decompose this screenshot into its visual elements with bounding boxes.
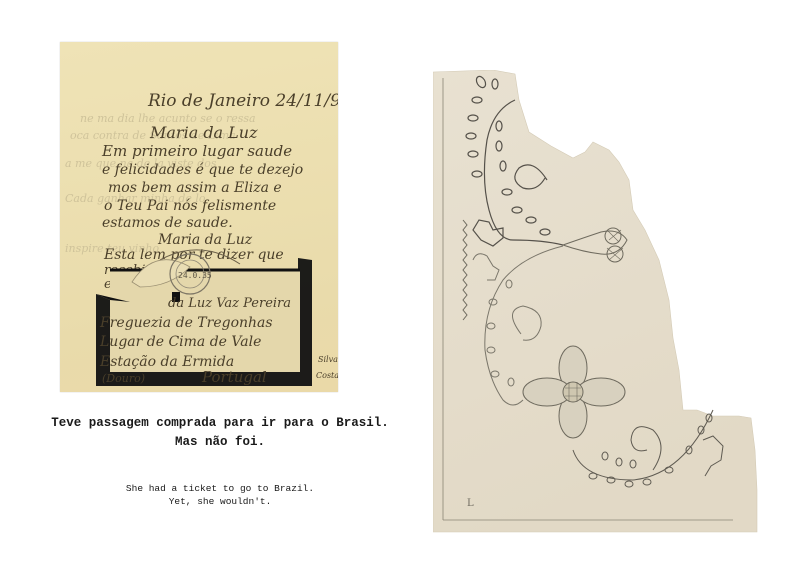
- envelope-address-line: Freguezia de Tregonhas: [99, 315, 273, 331]
- letter-line: Em primeiro lugar saude: [101, 142, 292, 160]
- caption-english-line-1: She had a ticket to go to Brazil.: [40, 482, 400, 495]
- caption-english: She had a ticket to go to Brazil. Yet, s…: [40, 482, 400, 508]
- envelope-address-line: Portugal: [201, 368, 267, 386]
- caption-english-line-2: Yet, she wouldn't.: [40, 495, 400, 508]
- letter-image: ne ma dia lhe acunto se o ressa oca cont…: [60, 42, 338, 392]
- corner-mark: L: [467, 498, 474, 509]
- letter-line: mos bem assim a Eliza e: [108, 180, 282, 196]
- embroidery-pattern-image: L: [433, 70, 758, 533]
- letter-artwork: ne ma dia lhe acunto se o ressa oca cont…: [60, 42, 338, 392]
- margin-note: Costa: [316, 371, 338, 380]
- letter-date-line: Rio de Janeiro 24/11/933: [147, 91, 338, 111]
- envelope-address-line: da Luz Vaz Pereira: [168, 296, 291, 311]
- caption-portuguese-line-1: Teve passagem comprada para ir para o Br…: [40, 414, 400, 433]
- letter-line: e felicidades é que te dezejo: [102, 162, 303, 178]
- envelope-address-line: (Douro): [102, 372, 145, 385]
- letter-line: estamos de saude.: [102, 215, 233, 231]
- margin-note: Silva: [318, 355, 338, 364]
- envelope-address-line: Lugar de Cima de Vale: [99, 334, 261, 350]
- pattern-artwork: L: [433, 70, 758, 533]
- letter-line: Maria da Luz: [157, 232, 253, 248]
- postmark-date: 24.0.35: [178, 271, 212, 280]
- letter-line: Maria da Luz: [149, 123, 258, 142]
- caption-portuguese-line-2: Mas não foi.: [40, 433, 400, 452]
- letter-line: o Teu Pai nós felismente: [104, 198, 276, 214]
- caption-portuguese: Teve passagem comprada para ir para o Br…: [40, 414, 400, 452]
